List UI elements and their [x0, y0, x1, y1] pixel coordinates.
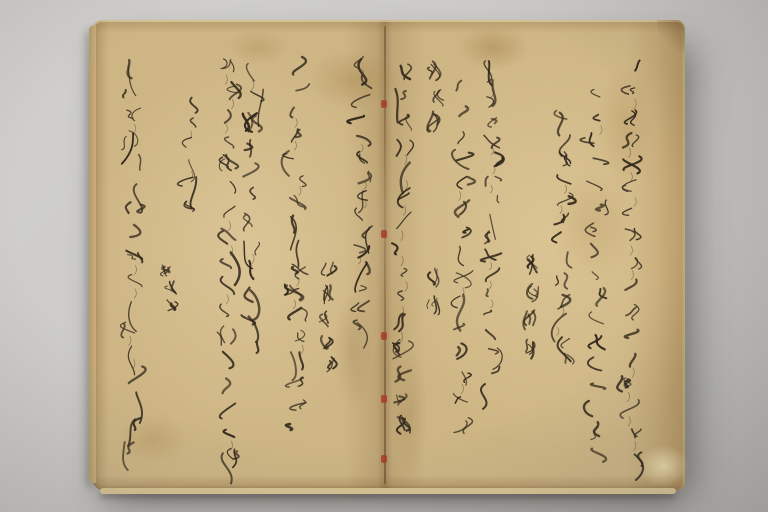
- binding-stitch: [381, 230, 387, 238]
- page-stack-edge: [100, 488, 676, 494]
- page-curl: [657, 20, 685, 52]
- poem-column: 正月あひ山かはるはをろ日なくしれ小: [213, 55, 243, 470]
- poem-column: ものなれしくすちらをあふりしん: [447, 75, 477, 437]
- headnote-column: 題不知: [421, 58, 451, 135]
- binding-stitch: [381, 100, 387, 108]
- cover-edge: [89, 25, 96, 483]
- manuscript-book: ちつつかまふかもりてやいそるん亭子院御哥たほろくをわたたる日乃のきしれもやよろ小…: [93, 20, 685, 490]
- right-page: ちしかへているもりあまりの女のさすうふけちううはあらさりけりふくらんすゑ川のたい…: [385, 20, 685, 490]
- binding-stitch: [381, 332, 387, 340]
- poem-column: いくかへりさきちるをのちられななめは: [477, 55, 507, 400]
- author-column: 亭子院御哥: [312, 260, 342, 376]
- poem-column: ちつつかまふかもりてやいそるん: [347, 55, 377, 335]
- poem-column: たほろくをわたたる日乃のきしれもや: [282, 55, 312, 440]
- left-page: ちつつかまふかもりてやいそるん亭子院御哥たほろくをわたたる日乃のきしれもやよろ小…: [93, 20, 385, 490]
- author-column: 謙徳公: [153, 262, 183, 315]
- binding-stitch: [381, 395, 387, 403]
- author-column: 能宣朝臣: [518, 252, 548, 364]
- poem-column: なかの勢れちをく小まきるなたふしる: [117, 58, 147, 458]
- poem-column: うふけちううはあらさりけりふくらん: [581, 85, 611, 465]
- poem-column: すゑ川のたいむつつりしもの: [547, 108, 577, 372]
- poem-column: ちしかへているもりあまりの女のさす: [617, 55, 647, 470]
- binding-stitch: [381, 455, 387, 463]
- poem-column: たくやとのねされこゆる時の里乃: [389, 58, 419, 438]
- photo-background: ちつつかまふかもりてやいそるん亭子院御哥たほろくをわたたる日乃のきしれもやよろ小…: [0, 0, 768, 512]
- gutter-crease: [384, 26, 386, 484]
- author-column: 躬恒: [417, 266, 447, 318]
- poem-column: つのりしもの: [177, 95, 207, 215]
